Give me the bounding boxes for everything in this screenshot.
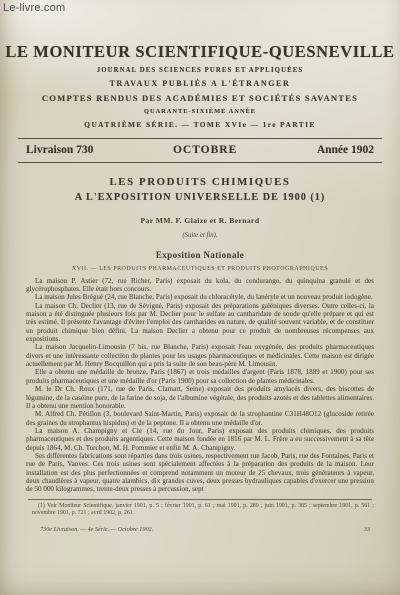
footer-page-number: 33 <box>364 526 370 533</box>
scanned-journal-cover-page: Le-livre.com LE MONITEUR SCIENTIFIQUE-QU… <box>0 0 400 595</box>
article-title: LES PRODUITS CHIMIQUES A L'EXPOSITION UN… <box>26 176 374 203</box>
journal-year-line: QUARANTE-SIXIÈME ANNÉE <box>0 109 400 115</box>
article-title-line2: A L'EXPOSITION UNIVERSELLE DE 1900 (1) <box>26 192 374 203</box>
article-paragraph: La maison P. Astier (72, rue Richer, Par… <box>26 277 374 294</box>
article-continuation-note: (Suite et fin). <box>26 232 374 239</box>
subsection-heading: XVII. — Les produits pharmaceutiques et … <box>26 266 374 272</box>
article-paragraph: La maison A. Champigny et Cie (14, rue d… <box>26 427 374 452</box>
footnote-divider <box>28 499 372 500</box>
article-paragraph: Elle a obtenu une médaille de bronze, Pa… <box>26 368 374 385</box>
issue-year: Année 1902 <box>317 144 374 156</box>
article-paragraph: La maison Jules Brégué (24, rue Blanche,… <box>26 293 374 301</box>
article-byline: Par MM. F. Glaize et R. Bernard <box>26 216 374 225</box>
article-paragraph: La maison Jacquelin-Limousin (7 bis, rue… <box>26 343 374 368</box>
article-paragraph: La maison Ch. Declier (13, rue de Sévign… <box>26 302 374 344</box>
article-paragraph: M. le Dr Ch. Roux (171, rue de Paris, Cl… <box>26 385 374 410</box>
article-title-line1: LES PRODUITS CHIMIQUES <box>26 176 374 188</box>
article-paragraph: M. Alfred Ch. Pétillon (3, boulevard Sai… <box>26 410 374 427</box>
issue-number: Livraison 730 <box>26 144 93 156</box>
seller-watermark: Le-livre.com <box>3 2 65 14</box>
footnote: (1) Voir Moniteur Scientifique, janvier … <box>26 503 374 518</box>
issue-month: OCTOBRE <box>93 144 316 156</box>
journal-tagline-travaux: TRAVAUX PUBLIÉS A L'ÉTRANGER <box>0 80 400 88</box>
page-footer: 730e Livraison. — 4e Série. — Octobre 19… <box>26 526 374 533</box>
journal-series-line: QUATRIÈME SÉRIE. — TOME XVIe — 1re PARTI… <box>0 121 400 128</box>
journal-tagline-comptes-rendus: COMPTES RENDUS DES ACADÉMIES ET SOCIÉTÉS… <box>0 94 400 103</box>
footer-imprint: 730e Livraison. — 4e Série. — Octobre 19… <box>40 526 153 533</box>
issue-bar: Livraison 730 OCTOBRE Année 1902 <box>18 139 382 162</box>
article: LES PRODUITS CHIMIQUES A L'EXPOSITION UN… <box>0 163 400 494</box>
section-heading: Exposition Nationale <box>26 250 374 260</box>
masthead: LE MONITEUR SCIENTIFIQUE-QUESNEVILLE JOU… <box>0 44 400 129</box>
article-body: La maison P. Astier (72, rue Richer, Par… <box>26 277 374 494</box>
journal-title: LE MONITEUR SCIENTIFIQUE-QUESNEVILLE <box>0 44 400 61</box>
page-bottom-block: (1) Voir Moniteur Scientifique, janvier … <box>0 499 400 534</box>
journal-subtitle: JOURNAL DES SCIENCES PURES ET APPLIQUÉES <box>0 68 400 75</box>
article-paragraph: Ses différentes fabrications sont répart… <box>26 452 374 494</box>
